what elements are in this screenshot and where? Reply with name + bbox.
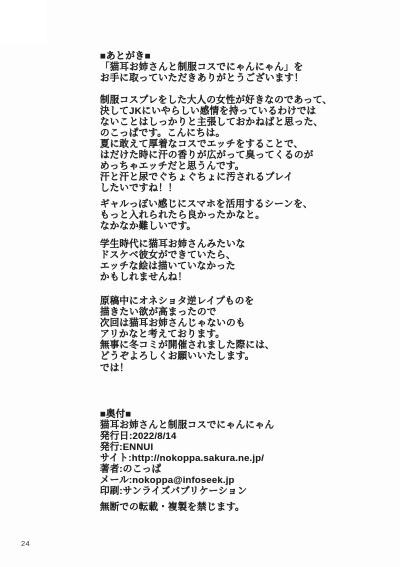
colophon-heading: ■奥付■ <box>100 409 360 420</box>
afterword-summer-paragraph: 夏に敢えて厚着なコスでエッチをすることで、 はだけた時に汗の香りが広がって臭って… <box>100 139 360 194</box>
afterword-greeting-line: 「猫耳お姉さんと制服コスでにゃんにゃん」を <box>100 62 360 73</box>
paragraph-line: 決してJKにいやらしい感情を持っているわけでは <box>100 106 360 117</box>
paragraph-line: アリかなと考えております。 <box>100 329 360 340</box>
scan-artifact <box>0 0 46 44</box>
paragraph-line: ドスケベ彼女ができていたら、 <box>100 250 360 261</box>
copyright-notice-block: 無断での転載・複製を禁じます。 <box>100 502 360 513</box>
paragraph-line: 無事に冬コミが開催されました際には、 <box>100 340 360 351</box>
afterword-closing: では！ <box>100 363 360 374</box>
afterword-header-block: ■あとがき■ 「猫耳お姉さんと制服コスでにゃんにゃん」を お手に取っていただきあ… <box>100 51 360 84</box>
closing-line: では！ <box>100 363 360 374</box>
afterword-heading: ■あとがき■ <box>100 51 360 62</box>
afterword-student-paragraph: 学生時代に猫耳お姉さんみたいな ドスケベ彼女ができていたら、 エッチな絵は描いて… <box>100 239 360 283</box>
afterword-nextwork-paragraph: 原稿中にオネショタ逆レイプものを 描きたい欲が高まったので 次回は猫耳お姉さんじ… <box>100 296 360 362</box>
colophon-publish-date: 発行日:2022/8/14 <box>100 431 360 442</box>
paragraph-line: 汗と汗と尿でぐちょぐちょに汚されるプレイ <box>100 172 360 183</box>
afterword-intro-paragraph: 制服コスプレをした大人の女性が好きなのであって、 決してJKにいやらしい感情を持… <box>100 95 360 139</box>
colophon-publisher: 発行:ENNUI <box>100 442 360 453</box>
paragraph-line: ギャルっぽい感じにスマホを活用するシーンを、 <box>100 199 360 210</box>
paragraph-line: 夏に敢えて厚着なコスでエッチをすることで、 <box>100 139 360 150</box>
paragraph-line: したいですね！！ <box>100 183 360 194</box>
colophon-block: ■奥付■ 猫耳お姉さんと制服コスでにゃんにゃん 発行日:2022/8/14 発行… <box>100 409 360 497</box>
copyright-notice: 無断での転載・複製を禁じます。 <box>100 502 360 513</box>
afterword-gal-paragraph: ギャルっぽい感じにスマホを活用するシーンを、 もっと入れられたら良かったかなと。… <box>100 199 360 232</box>
paragraph-line: エッチな絵は描いていなかった <box>100 261 360 272</box>
paragraph-line: かもしれませんね！ <box>100 272 360 283</box>
colophon-printer: 印刷:サンライズパブリケーション <box>100 486 360 497</box>
colophon-site: サイト:http://nokoppa.sakura.ne.jp/ <box>100 453 360 464</box>
paragraph-line: 描きたい欲が高まったので <box>100 307 360 318</box>
page-number: 24 <box>21 539 30 548</box>
colophon-title: 猫耳お姉さんと制服コスでにゃんにゃん <box>100 420 360 431</box>
paragraph-line: はだけた時に汗の香りが広がって臭ってくるのが <box>100 150 360 161</box>
paragraph-line: 制服コスプレをした大人の女性が好きなのであって、 <box>100 95 360 106</box>
paragraph-line: めっちゃエッチだと思うんです。 <box>100 161 360 172</box>
paragraph-line: ないことはしっかりと主張しておかねばと思った、 <box>100 117 360 128</box>
paragraph-line: 学生時代に猫耳お姉さんみたいな <box>100 239 360 250</box>
paragraph-line: どうぞよろしくお願いいたします。 <box>100 351 360 362</box>
afterword-greeting-line: お手に取っていただきありがとうございます！ <box>100 73 360 84</box>
paragraph-line: なかなか難しいです。 <box>100 221 360 232</box>
paragraph-line: 次回は猫耳お姉さんじゃないのも <box>100 318 360 329</box>
paragraph-line: もっと入れられたら良かったかなと。 <box>100 210 360 221</box>
paragraph-line: のこっぱです。こんにちは。 <box>100 128 360 139</box>
paragraph-line: 原稿中にオネショタ逆レイプものを <box>100 296 360 307</box>
colophon-author: 著者:のこっぱ <box>100 464 360 475</box>
colophon-email: メール:nokoppa@infoseek.jp <box>100 475 360 486</box>
scanned-afterword-page: ■あとがき■ 「猫耳お姉さんと制服コスでにゃんにゃん」を お手に取っていただきあ… <box>0 0 400 567</box>
